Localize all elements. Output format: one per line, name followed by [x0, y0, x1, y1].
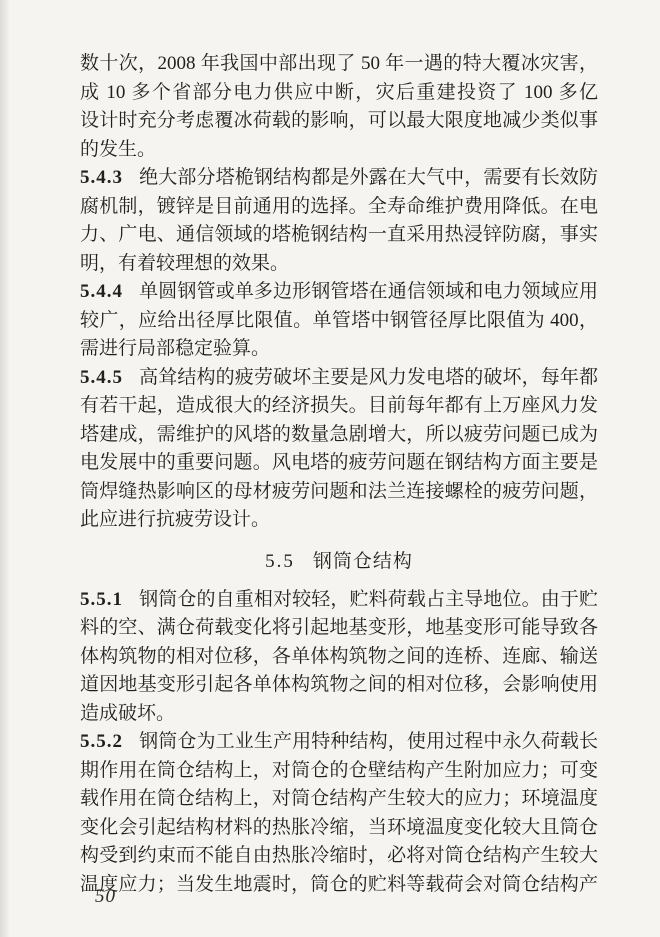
- text-line: 此应进行抗疲劳设计。: [80, 506, 598, 535]
- text-line: 成 10 多个省部分电力供应中断，灾后重建投资了 100 多亿元。: [80, 79, 598, 108]
- clause-number: 5.4.3: [80, 167, 123, 188]
- text-line: 的发生。: [80, 136, 598, 165]
- clause-text: 高耸结构的疲劳破坏主要是风力发电塔的破坏，每年都: [139, 367, 598, 388]
- clause-text: 钢筒仓的自重相对较轻，贮料荷载占主导地位。由于贮: [139, 589, 598, 610]
- clause-text: 绝大部分塔桅钢结构都是外露在大气中，需要有长效防: [139, 167, 598, 188]
- text-line: 筒焊缝热影响区的母材疲劳问题和法兰连接螺栓的疲劳问题，因: [80, 478, 598, 507]
- section-heading: 5.5钢筒仓结构: [80, 547, 598, 576]
- text-line: 电发展中的重要问题。风电塔的疲劳问题在钢结构方面主要是钢: [80, 449, 598, 478]
- text-line: 期作用在筒仓结构上，对筒仓的仓壁结构产生附加应力；可变荷: [80, 757, 598, 786]
- text-line: 较广，应给出径厚比限值。单管塔中钢管径厚比限值为 400，但: [80, 307, 598, 336]
- text-line: 5.5.1钢筒仓的自重相对较轻，贮料荷载占主导地位。由于贮: [80, 586, 598, 615]
- text-line: 设计时充分考虑覆冰荷载的影响，可以最大限度地减少类似事故: [80, 107, 598, 136]
- text-line: 需进行局部稳定验算。: [80, 335, 598, 364]
- text-line: 体构筑物的相对位移，各单体构筑物之间的连桥、连廊、输送管: [80, 643, 598, 672]
- paragraph-clause-5-5-1: 5.5.1钢筒仓的自重相对较轻，贮料荷载占主导地位。由于贮 料的空、满仓荷载变化…: [80, 586, 598, 729]
- text-line: 构受到约束而不能自由热胀冷缩时，必将对筒仓结构产生较大的: [80, 842, 598, 871]
- text-line: 5.4.4单圆钢管或单多边形钢管塔在通信领域和电力领域应用: [80, 278, 598, 307]
- text-line: 5.4.5高耸结构的疲劳破坏主要是风力发电塔的破坏，每年都: [80, 364, 598, 393]
- page-body: 数十次，2008 年我国中部出现了 50 年一遇的特大覆冰灾害，造 成 10 多…: [80, 50, 598, 899]
- section-heading-title: 钢筒仓结构: [313, 551, 413, 572]
- clause-number: 5.4.5: [80, 367, 123, 388]
- clause-text: 钢筒仓为工业生产用特种结构，使用过程中永久荷载长: [139, 731, 598, 752]
- text-line: 腐机制，镀锌是目前通用的选择。全寿命维护费用降低。在电: [80, 193, 598, 222]
- paragraph-clause-5-4-4: 5.4.4单圆钢管或单多边形钢管塔在通信领域和电力领域应用 较广，应给出径厚比限…: [80, 278, 598, 364]
- text-line: 塔建成，需维护的风塔的数量急剧增大，所以疲劳问题已成为风: [80, 421, 598, 450]
- text-line: 力、广电、通信领域的塔桅钢结构一直采用热浸锌防腐，事实证: [80, 221, 598, 250]
- clause-number: 5.5.1: [80, 589, 123, 610]
- paragraph-clause-5-5-2: 5.5.2钢筒仓为工业生产用特种结构，使用过程中永久荷载长 期作用在筒仓结构上，…: [80, 728, 598, 899]
- paragraph-clause-5-4-5: 5.4.5高耸结构的疲劳破坏主要是风力发电塔的破坏，每年都 有若干起，造成很大的…: [80, 364, 598, 535]
- clause-number: 5.4.4: [80, 281, 123, 302]
- text-line: 料的空、满仓荷载变化将引起地基变形，地基变形可能导致各单: [80, 614, 598, 643]
- text-line: 变化会引起结构材料的热胀冷缩，当环境温度变化较大且筒仓结: [80, 814, 598, 843]
- text-line: 造成破坏。: [80, 700, 598, 729]
- text-line: 明，有着较理想的效果。: [80, 250, 598, 279]
- text-line: 温度应力；当发生地震时，筒仓的贮料等载荷会对筒仓结构产生: [80, 871, 598, 900]
- text-line: 道因地基变形引起各单体构筑物之间的相对位移，会影响使用或: [80, 671, 598, 700]
- text-line: 有若干起，造成很大的经济损失。目前每年都有上万座风力发电: [80, 392, 598, 421]
- text-line: 载作用在筒仓结构上，对筒仓结构产生较大的应力；环境温度的: [80, 785, 598, 814]
- document-page: 数十次，2008 年我国中部出现了 50 年一遇的特大覆冰灾害，造 成 10 多…: [0, 0, 660, 937]
- section-heading-number: 5.5: [265, 551, 295, 572]
- paragraph-clause-5-4-3: 5.4.3绝大部分塔桅钢结构都是外露在大气中，需要有长效防 腐机制，镀锌是目前通…: [80, 164, 598, 278]
- clause-text: 单圆钢管或单多边形钢管塔在通信领域和电力领域应用: [139, 281, 598, 302]
- paragraph-continuation: 数十次，2008 年我国中部出现了 50 年一遇的特大覆冰灾害，造 成 10 多…: [80, 50, 598, 164]
- text-line: 数十次，2008 年我国中部出现了 50 年一遇的特大覆冰灾害，造: [80, 50, 598, 79]
- page-number: 50: [95, 886, 116, 908]
- text-line: 5.4.3绝大部分塔桅钢结构都是外露在大气中，需要有长效防: [80, 164, 598, 193]
- clause-number: 5.5.2: [80, 731, 123, 752]
- text-line: 5.5.2钢筒仓为工业生产用特种结构，使用过程中永久荷载长: [80, 728, 598, 757]
